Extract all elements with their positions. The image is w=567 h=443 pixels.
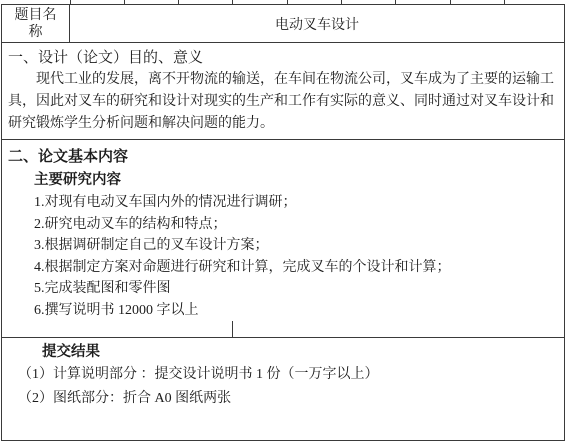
section-content-heading: 二、论文基本内容 (8, 146, 558, 170)
purpose-paragraph-line: 具，因此对叉车的研究和设计对现实的生产和工作有实际的意义、同时通过对叉车设计和 (8, 91, 558, 113)
section-content: 二、论文基本内容 主要研究内容 1.对现有电动叉车国内外的情况进行调研； 2.研… (2, 139, 564, 440)
submit-results-heading: 提交结果 (42, 343, 100, 361)
title-label-line1: 题目名 (15, 7, 57, 24)
title-label-line2: 称 (29, 24, 43, 41)
research-item: 6.撰写说明书 12000 字以上 (8, 300, 558, 322)
title-value-cell: 电动叉车设计 (70, 5, 564, 42)
task-form-table: 题目名 称 电动叉车设计 一、设计（论文）目的、意义 现代工业的发展，离不开物流… (1, 4, 565, 441)
research-item: 5.完成装配图和零件图 (8, 278, 558, 300)
research-item: 2.研究电动叉车的结构和特点； (8, 214, 558, 236)
submit-item: （2）图纸部分：折合 A0 图纸两张 (18, 390, 231, 408)
section-purpose: 一、设计（论文）目的、意义 现代工业的发展，离不开物流的输送，在车间在物流公司，… (2, 42, 564, 139)
research-item: 1.对现有电动叉车国内外的情况进行调研； (8, 192, 558, 214)
purpose-paragraph-line: 现代工业的发展，离不开物流的输送，在车间在物流公司，叉车成为了主要的运输工 (8, 69, 558, 91)
divider-tick (232, 321, 233, 337)
submit-item: （1）计算说明部分 ：提交设计说明书 1 份（一万字以上） (18, 366, 379, 384)
section-purpose-heading: 一、设计（论文）目的、意义 (8, 47, 558, 69)
row-divider-line (2, 337, 564, 338)
title-row: 题目名 称 电动叉车设计 (2, 5, 564, 42)
research-item: 4.根据制定方案对命题进行研究和计算，完成叉车的个设计和计算； (8, 257, 558, 279)
title-label-cell: 题目名 称 (2, 5, 70, 42)
research-item: 3.根据调研制定自己的叉车设计方案； (8, 235, 558, 257)
purpose-paragraph-line: 研究锻炼学生分析问题和解决问题的能力。 (8, 113, 558, 135)
research-content-subtitle: 主要研究内容 (8, 170, 558, 192)
project-title: 电动叉车设计 (275, 14, 359, 34)
